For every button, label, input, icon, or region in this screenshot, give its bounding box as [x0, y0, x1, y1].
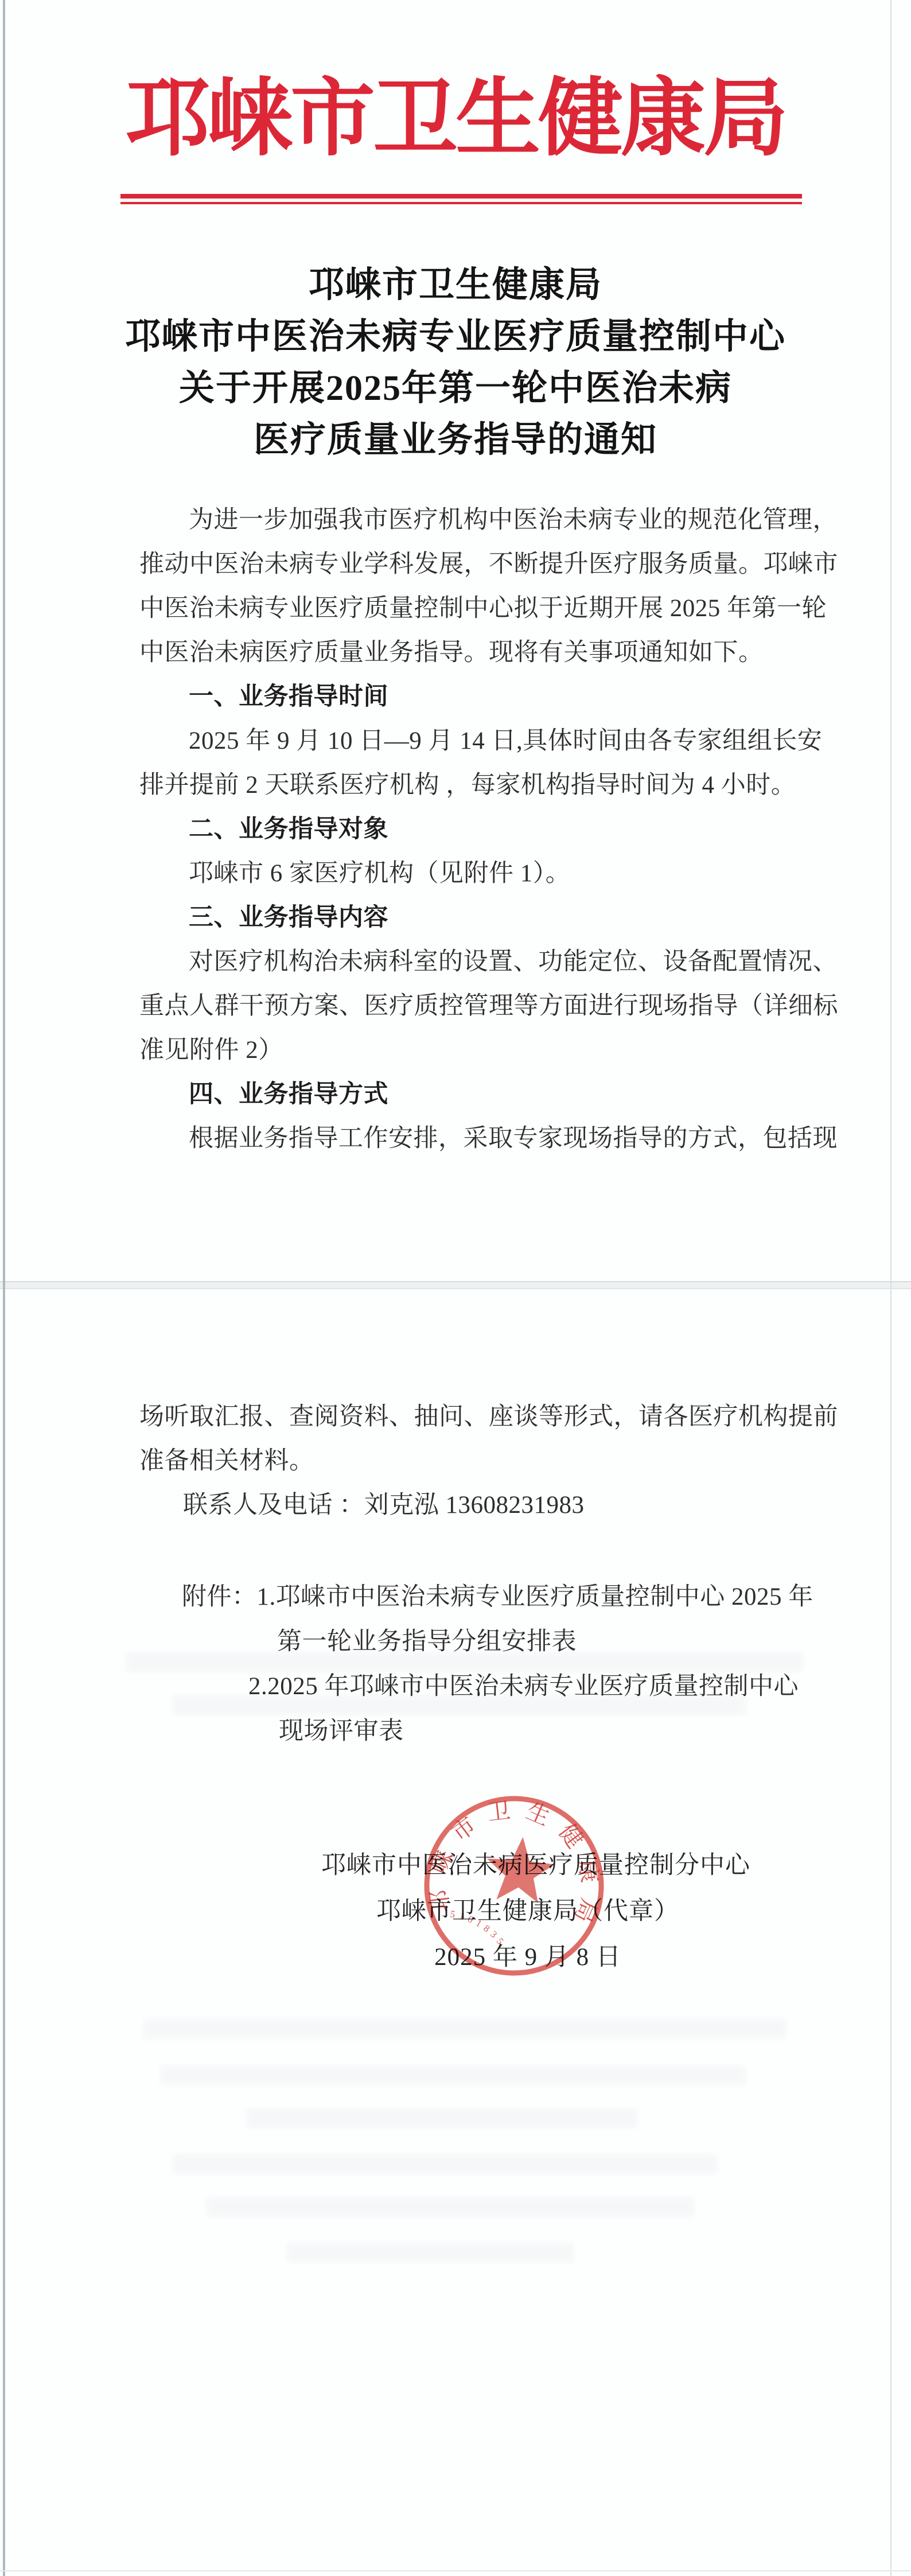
red-separator-thick	[120, 194, 802, 199]
title-line-1: 邛崃市卫生健康局	[0, 259, 911, 311]
agency-letterhead: 邛崃市卫生健康局	[0, 73, 911, 165]
body-line: 根据业务指导工作安排，采取专家现场指导的方式，包括现	[139, 1116, 805, 1161]
document-title: 邛崃市卫生健康局 邛崃市中医治未病专业医疗质量控制中心 关于开展2025年第一轮…	[0, 259, 911, 466]
section-heading-2: 二、业务指导对象	[139, 807, 805, 851]
bleed-through-ghost	[207, 2197, 694, 2217]
bleed-through-ghost	[247, 2108, 637, 2128]
body-line: 邛崃市 6 家医疗机构（见附件 1）。	[139, 851, 805, 896]
attachment-line-2: 第一轮业务指导分组安排表	[139, 1620, 828, 1664]
bleed-through-ghost	[287, 2243, 574, 2263]
scanned-document: 邛崃市卫生健康局 邛崃市卫生健康局 邛崃市中医治未病专业医疗质量控制中心 关于开…	[0, 0, 911, 2576]
body-line: 排并提前 2 天联系医疗机构 ，每家机构指导时间为 4 小时。	[139, 763, 805, 807]
body-line: 中医治未病专业医疗质量控制中心拟于近期开展 2025 年第一轮	[139, 586, 805, 631]
body-line: 2025 年 9 月 10 日—9 月 14 日,具体时间由各专家组组长安	[139, 719, 805, 763]
svg-text:5101835: 5101835	[447, 1908, 511, 1950]
page1-body: 为进一步加强我市医疗机构中医治未病专业的规范化管理， 推动中医治未病专业学科发展…	[139, 498, 805, 1161]
official-seal: 邛崃市卫生健康局 5101835	[414, 1786, 614, 1986]
scan-edge-bottom	[0, 2570, 911, 2571]
scan-edge-left	[3, 0, 5, 2576]
red-separator-thin	[120, 202, 802, 204]
page2-body: 场听取汇报、查阅资料、抽问、座谈等形式，请各医疗机构提前 准备相关材料。 联系人…	[139, 1395, 805, 1527]
attachment-line-3: 2.2025 年邛崃市中医治未病专业医疗质量控制中心	[139, 1664, 828, 1709]
document-page-1: 邛崃市卫生健康局 邛崃市卫生健康局 邛崃市中医治未病专业医疗质量控制中心 关于开…	[0, 0, 911, 1281]
title-line-2: 邛崃市中医治未病专业医疗质量控制中心	[0, 311, 911, 363]
body-line: 场听取汇报、查阅资料、抽问、座谈等形式，请各医疗机构提前	[139, 1395, 805, 1439]
attachments-list: 附件：1.邛崃市中医治未病专业医疗质量控制中心 2025 年 第一轮业务指导分组…	[139, 1575, 828, 1754]
attachment-line-4: 现场评审表	[139, 1709, 828, 1754]
bleed-through-ghost	[161, 2065, 746, 2085]
title-line-4: 医疗质量业务指导的通知	[0, 414, 911, 466]
bleed-through-ghost	[143, 2019, 786, 2039]
body-line: 对医疗机构治未病科室的设置、功能定位、设备配置情况、	[139, 940, 805, 984]
seal-code-text: 5101835	[447, 1908, 511, 1950]
document-page-2: 场听取汇报、查阅资料、抽问、座谈等形式，请各医疗机构提前 准备相关材料。 联系人…	[0, 1289, 911, 2570]
body-line: 中医治未病医疗质量业务指导。现将有关事项通知如下。	[139, 631, 805, 675]
page-gap	[0, 1281, 911, 1289]
body-line: 准见附件 2）	[139, 1028, 805, 1072]
section-heading-1: 一、业务指导时间	[139, 675, 805, 719]
scan-edge-right	[890, 0, 891, 2576]
body-line: 准备相关材料。	[139, 1439, 805, 1483]
section-heading-3: 三、业务指导内容	[139, 896, 805, 940]
body-line: 推动中医治未病专业学科发展，不断提升医疗服务质量。邛崃市	[139, 542, 805, 586]
bleed-through-ghost	[172, 2154, 717, 2174]
body-line: 为进一步加强我市医疗机构中医治未病专业的规范化管理，	[139, 498, 805, 542]
attachment-line-1: 附件：1.邛崃市中医治未病专业医疗质量控制中心 2025 年	[139, 1575, 828, 1620]
title-line-3: 关于开展2025年第一轮中医治未病	[0, 363, 911, 414]
seal-star-icon	[484, 1834, 556, 1904]
body-line: 重点人群干预方案、医疗质控管理等方面进行现场指导（详细标	[139, 984, 805, 1028]
section-heading-4: 四、业务指导方式	[139, 1072, 805, 1116]
contact-line: 联系人及电话 ：刘克泓 13608231983	[139, 1483, 805, 1527]
